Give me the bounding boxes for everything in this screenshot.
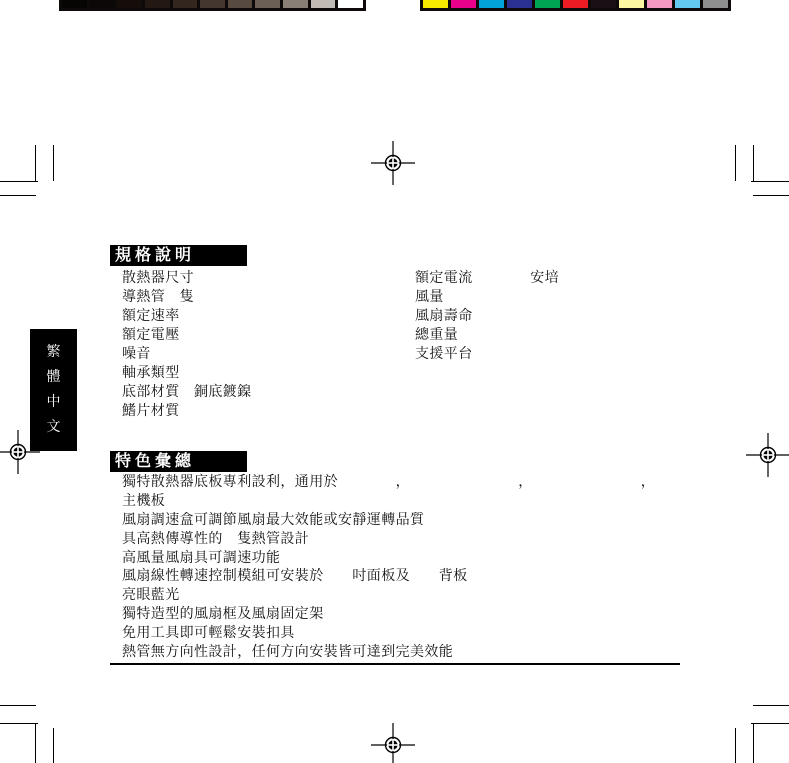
color-swatch	[675, 0, 700, 8]
crop-mark	[753, 705, 789, 706]
color-swatch	[507, 0, 532, 8]
color-swatch	[563, 0, 588, 8]
feature-item: 具高熱傳導性的 隻熱管設計	[122, 531, 655, 550]
specs-right-column: 額定電流 安培 風量 風扇壽命 總重量 支援平台	[415, 269, 559, 364]
section-header-specifications: 規格說明	[110, 245, 247, 266]
crop-mark	[735, 728, 736, 763]
crop-mark	[0, 195, 36, 196]
color-swatch	[535, 0, 560, 8]
crop-mark	[0, 181, 38, 182]
grayscale-swatch	[200, 0, 225, 8]
color-swatch	[451, 0, 476, 8]
feature-item: 主機板	[122, 493, 655, 512]
grayscale-swatch	[283, 0, 308, 8]
grayscale-swatch	[173, 0, 198, 8]
language-tab-char: 繁	[47, 346, 61, 360]
crop-mark	[753, 195, 789, 196]
feature-item: 風扇調速盒可調節風扇最大效能或安靜運轉品質	[122, 512, 655, 531]
spec-item: 額定電壓	[122, 326, 252, 345]
grayscale-swatch	[62, 0, 87, 8]
feature-item: 獨特造型的風扇框及風扇固定架	[122, 606, 655, 625]
feature-item: 高風量風扇具可調速功能	[122, 550, 655, 569]
crop-mark	[35, 723, 36, 763]
features-list: 獨特散熱器底板專利設利，通用於 ， ， ， 主機板 風扇調速盒可調節風扇最大效能…	[122, 474, 655, 663]
spec-item: 底部材質 銅底鍍鎳	[122, 383, 252, 402]
crop-mark	[753, 723, 754, 763]
bottom-horizontal-rule	[110, 663, 680, 665]
language-tab-char: 文	[47, 421, 61, 435]
grayscale-swatch	[311, 0, 336, 8]
spec-item: 額定電流 安培	[415, 269, 559, 288]
feature-item: 風扇線性轉速控制模組可安裝於 吋面板及 背板	[122, 568, 655, 587]
section-header-features: 特色彙總	[110, 451, 247, 472]
color-calibration-bar	[420, 0, 731, 11]
spec-item: 風扇壽命	[415, 307, 559, 326]
grayscale-swatch	[228, 0, 253, 8]
spec-item: 總重量	[415, 326, 559, 345]
grayscale-swatch	[255, 0, 280, 8]
document-page: 繁 體 中 文 規格說明 散熱器尺寸 導熱管 隻 額定速率 額定電壓 噪音 軸承…	[0, 0, 789, 763]
spec-item: 風量	[415, 288, 559, 307]
grayscale-swatch	[338, 0, 363, 8]
spec-item: 散熱器尺寸	[122, 269, 252, 288]
spec-item: 鰭片材質	[122, 402, 252, 421]
feature-item: 獨特散熱器底板專利設利，通用於 ， ， ，	[122, 474, 655, 493]
spec-item: 額定速率	[122, 307, 252, 326]
registration-mark-icon	[371, 141, 415, 185]
language-tab-traditional-chinese: 繁 體 中 文	[30, 329, 77, 451]
registration-mark-icon	[371, 723, 415, 763]
color-swatch	[479, 0, 504, 8]
crop-mark	[35, 145, 36, 182]
color-swatch	[423, 0, 448, 8]
spec-item: 導熱管 隻	[122, 288, 252, 307]
language-tab-char: 體	[47, 371, 61, 385]
specs-left-column: 散熱器尺寸 導熱管 隻 額定速率 額定電壓 噪音 軸承類型 底部材質 銅底鍍鎳 …	[122, 269, 252, 421]
spec-item: 支援平台	[415, 345, 559, 364]
registration-mark-icon	[746, 433, 789, 477]
feature-item: 亮眼藍光	[122, 587, 655, 606]
crop-mark	[0, 705, 36, 706]
grayscale-swatch	[145, 0, 170, 8]
grayscale-calibration-bar	[59, 0, 366, 11]
feature-item: 熱管無方向性設計，任何方向安裝皆可達到完美效能	[122, 644, 655, 663]
grayscale-swatch	[117, 0, 142, 8]
color-swatch	[591, 0, 616, 8]
crop-mark	[53, 145, 54, 181]
crop-mark	[751, 181, 789, 182]
color-swatch	[619, 0, 644, 8]
crop-mark	[53, 728, 54, 763]
color-swatch	[647, 0, 672, 8]
color-swatch	[703, 0, 728, 8]
crop-mark	[751, 723, 789, 724]
grayscale-swatch	[90, 0, 115, 8]
language-tab-char: 中	[47, 396, 61, 410]
spec-item: 噪音	[122, 345, 252, 364]
spec-item: 軸承類型	[122, 364, 252, 383]
feature-item: 免用工具即可輕鬆安裝扣具	[122, 625, 655, 644]
crop-mark	[753, 145, 754, 182]
crop-mark	[0, 723, 38, 724]
crop-mark	[735, 145, 736, 181]
